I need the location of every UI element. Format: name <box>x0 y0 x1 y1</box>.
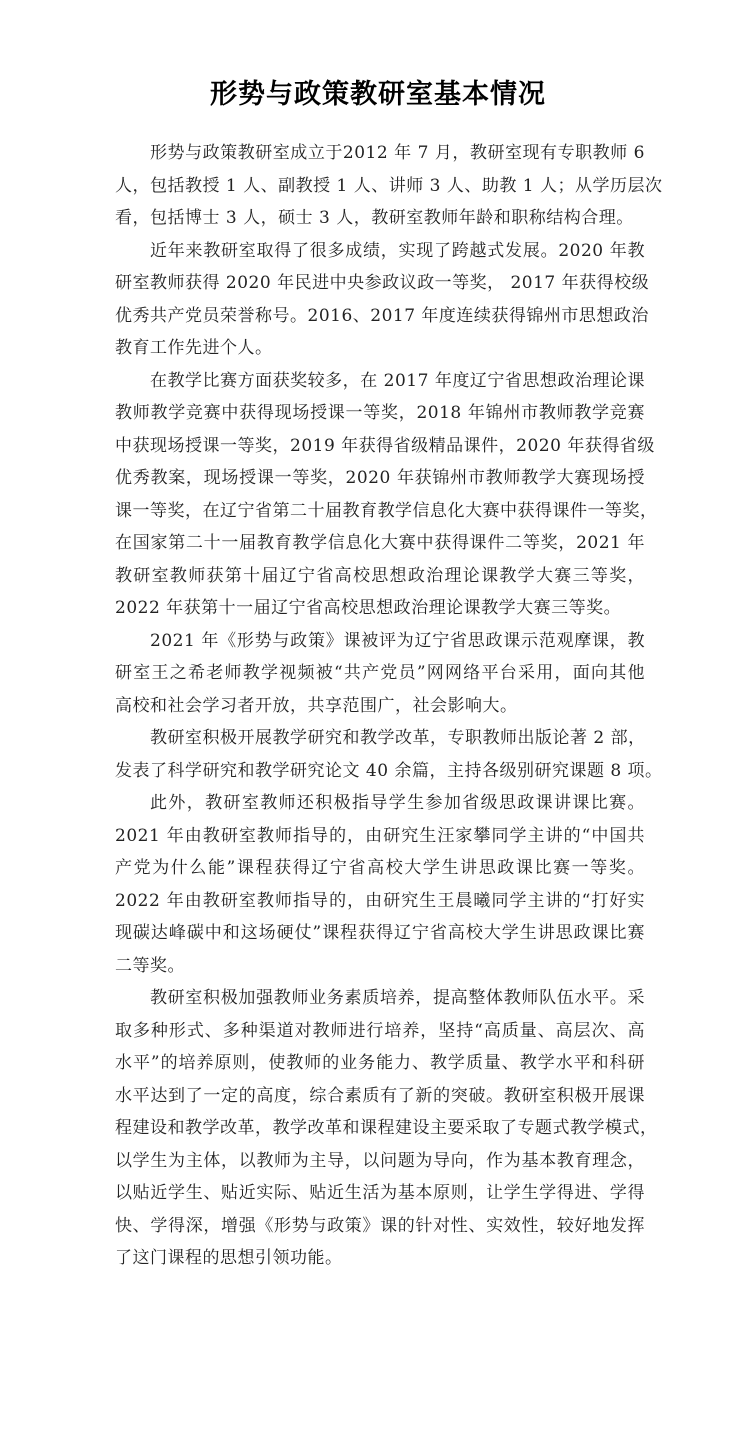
text-line: 教研室积极加强教师业务素质培养，提高整体教师队伍水平。采 <box>115 982 645 1015</box>
text-line: 产党为什么能”课程获得辽宁省高校大学生讲思政课比赛一等奖。 <box>115 852 645 885</box>
text-line: 以学生为主体，以教师为主导，以问题为导向，作为基本教育理念， <box>115 1145 645 1178</box>
text-line: 以贴近学生、贴近实际、贴近生活为基本原则，让学生学得进、学得 <box>115 1177 645 1210</box>
text-line: 程建设和教学改革，教学改革和课程建设主要采取了专题式教学模式， <box>115 1112 645 1145</box>
text-line: 水平”的培养原则，使教师的业务能力、教学质量、教学水平和科研 <box>115 1047 645 1080</box>
text-line: 近年来教研室取得了很多成绩，实现了跨越式发展。2020 年教 <box>115 235 645 268</box>
text-line: 水平达到了一定的高度，综合素质有了新的突破。教研室积极开展课 <box>115 1080 645 1113</box>
paragraph-5: 教研室积极开展教学研究和教学改革，专职教师出版论著 2 部， 发表了科学研究和教… <box>115 722 645 787</box>
text-line: 此外，教研室教师还积极指导学生参加省级思政课讲课比赛。 <box>115 787 645 820</box>
paragraph-4: 2021 年《形势与政策》课被评为辽宁省思政课示范观摩课，教 研室王之希老师教学… <box>115 625 645 723</box>
text-line: 2021 年由教研室教师指导的，由研究生汪家攀同学主讲的“中国共 <box>115 820 645 853</box>
text-line: 形势与政策教研室成立于2012 年 7 月，教研室现有专职教师 6 <box>115 137 645 170</box>
text-line: 二等奖。 <box>115 950 645 983</box>
text-line: 高校和社会学习者开放，共享范围广，社会影响大。 <box>115 690 645 723</box>
text-line: 课一等奖，在辽宁省第二十届教育教学信息化大赛中获得课件一等奖， <box>115 495 645 528</box>
text-line: 在国家第二十一届教育教学信息化大赛中获得课件二等奖，2021 年 <box>115 527 645 560</box>
document-title: 形势与政策教研室基本情况 <box>0 72 756 111</box>
document-body: 形势与政策教研室成立于2012 年 7 月，教研室现有专职教师 6 人，包括教授… <box>115 137 645 1275</box>
paragraph-1: 形势与政策教研室成立于2012 年 7 月，教研室现有专职教师 6 人，包括教授… <box>115 137 645 235</box>
paragraph-2: 近年来教研室取得了很多成绩，实现了跨越式发展。2020 年教 研室教师获得 20… <box>115 235 645 365</box>
text-line: 了这门课程的思想引领功能。 <box>115 1242 645 1275</box>
text-line: 研室王之希老师教学视频被“共产党员”网网络平台采用，面向其他 <box>115 657 645 690</box>
text-line: 看，包括博士 3 人，硕士 3 人，教研室教师年龄和职称结构合理。 <box>115 202 645 235</box>
text-line: 教研室积极开展教学研究和教学改革，专职教师出版论著 2 部， <box>115 722 645 755</box>
paragraph-3: 在教学比赛方面获奖较多，在 2017 年度辽宁省思想政治理论课 教师教学竞赛中获… <box>115 365 645 625</box>
text-line: 教育工作先进个人。 <box>115 332 645 365</box>
text-line: 人，包括教授 1 人、副教授 1 人、讲师 3 人、助教 1 人；从学历层次 <box>115 170 645 203</box>
text-line: 中获现场授课一等奖，2019 年获得省级精品课件，2020 年获得省级 <box>115 430 645 463</box>
paragraph-7: 教研室积极加强教师业务素质培养，提高整体教师队伍水平。采 取多种形式、多种渠道对… <box>115 982 645 1275</box>
text-line: 取多种形式、多种渠道对教师进行培养，坚持“高质量、高层次、高 <box>115 1015 645 1048</box>
paragraph-6: 此外，教研室教师还积极指导学生参加省级思政课讲课比赛。 2021 年由教研室教师… <box>115 787 645 982</box>
text-line: 2022 年由教研室教师指导的，由研究生王晨曦同学主讲的“打好实 <box>115 885 645 918</box>
text-line: 发表了科学研究和教学研究论文 40 余篇，主持各级别研究课题 8 项。 <box>115 755 645 788</box>
text-line: 2021 年《形势与政策》课被评为辽宁省思政课示范观摩课，教 <box>115 625 645 658</box>
text-line: 在教学比赛方面获奖较多，在 2017 年度辽宁省思想政治理论课 <box>115 365 645 398</box>
text-line: 研室教师获得 2020 年民进中央参政议政一等奖， 2017 年获得校级 <box>115 267 645 300</box>
text-line: 现碳达峰碳中和这场硬仗”课程获得辽宁省高校大学生讲思政课比赛 <box>115 917 645 950</box>
text-line: 教师教学竞赛中获得现场授课一等奖，2018 年锦州市教师教学竞赛 <box>115 397 645 430</box>
text-line: 优秀教案，现场授课一等奖，2020 年获锦州市教师教学大赛现场授 <box>115 462 645 495</box>
text-line: 教研室教师获第十届辽宁省高校思想政治理论课教学大赛三等奖， <box>115 560 645 593</box>
text-line: 优秀共产党员荣誉称号。2016、2017 年度连续获得锦州市思想政治 <box>115 300 645 333</box>
text-line: 快、学得深，增强《形势与政策》课的针对性、实效性，较好地发挥 <box>115 1210 645 1243</box>
text-line: 2022 年获第十一届辽宁省高校思想政治理论课教学大赛三等奖。 <box>115 592 645 625</box>
